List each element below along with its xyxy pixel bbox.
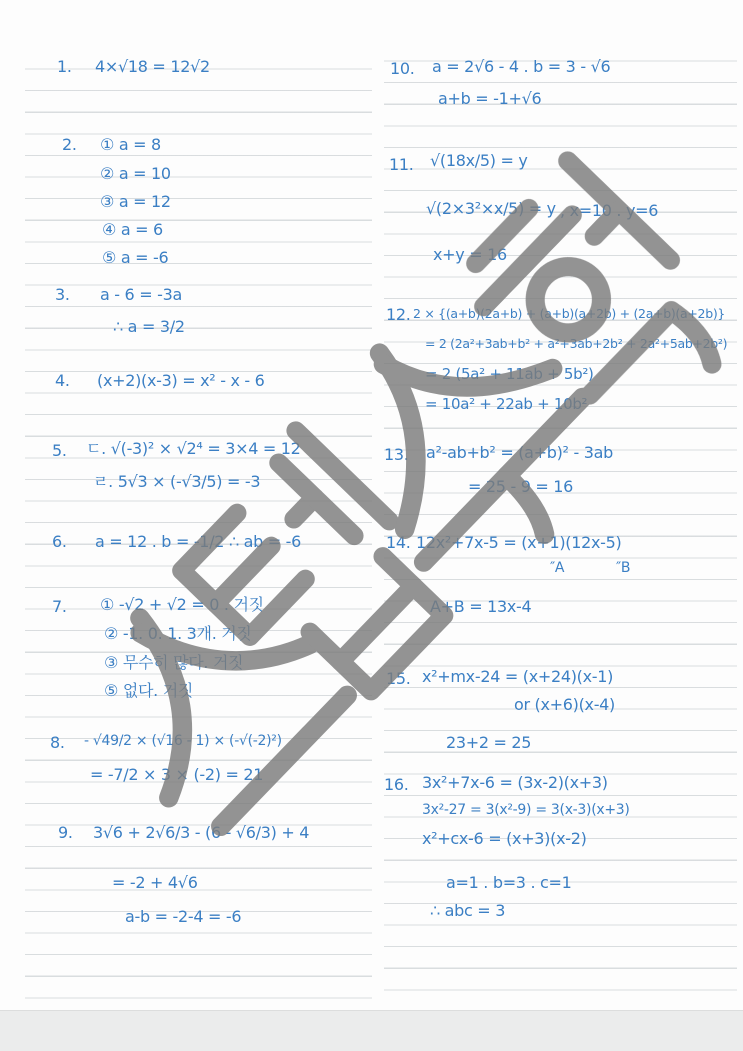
math-line: 3√6 + 2√6/3 - (6 - √6/3) + 4 (93, 824, 309, 842)
math-line: ∴ abc = 3 (430, 902, 505, 920)
problem-number: 1. (57, 58, 72, 76)
math-line: √(18x/5) = y (430, 152, 528, 170)
math-line: 12x²+7x-5 = (x+1)(12x-5) (416, 534, 621, 552)
math-line: A+B = 13x-4 (430, 598, 531, 616)
answer-option: ① a = 8 (100, 136, 161, 154)
answer-option: ① -√2 + √2 = 0 . 거짓 (100, 596, 264, 614)
math-line: a = 2√6 - 4 . b = 3 - √6 (432, 58, 610, 76)
math-line: ∴ a = 3/2 (113, 318, 185, 336)
math-line: 3x²-27 = 3(x²-9) = 3(x-3)(x+3) (422, 802, 630, 818)
math-line: x²+cx-6 = (x+3)(x-2) (422, 830, 587, 848)
math-line: ㄹ. 5√3 × (-√3/5) = -3 (93, 473, 260, 491)
problem-number: 8. (50, 734, 65, 752)
math-line: √(2×3²×x/5) = y (426, 200, 556, 218)
answer-option: ③ a = 12 (100, 193, 171, 211)
math-line: a-b = -2-4 = -6 (125, 908, 241, 926)
math-line: 4×√18 = 12√2 (95, 58, 210, 76)
math-line: = 10a² + 22ab + 10b² (425, 396, 587, 413)
math-line: x+y = 16 (433, 246, 507, 264)
scan-edge-shadow (0, 1010, 743, 1051)
math-line: = 25 - 9 = 16 (468, 478, 573, 496)
ruled-lines-left-column (25, 48, 372, 1010)
problem-number: 4. (55, 372, 70, 390)
math-line: = -2 + 4√6 (112, 874, 198, 892)
problem-number: 2. (62, 136, 77, 154)
math-line: - √49/2 × (√16 - 1) × (-√(-2)²) (84, 733, 282, 749)
problem-number: 5. (52, 442, 67, 460)
math-line: x²+mx-24 = (x+24)(x-1) (422, 668, 613, 686)
problem-number: 7. (52, 598, 67, 616)
problem-number: 10. (390, 60, 415, 78)
problem-number: 13. (384, 446, 409, 464)
scanned-answer-sheet: { "page": { "kind": "handwritten math an… (0, 0, 743, 1051)
math-line: a²-ab+b² = (a+b)² - 3ab (426, 444, 613, 462)
math-line: a+b = -1+√6 (438, 90, 541, 108)
answer-option: ⑤ a = -6 (102, 249, 168, 267)
math-line: or (x+6)(x-4) (514, 696, 615, 714)
problem-number: 12. (386, 306, 411, 324)
problem-number: 11. (389, 156, 414, 174)
math-line: a - 6 = -3a (100, 286, 182, 304)
math-line: ㄷ. √(-3)² × √2⁴ = 3×4 = 12 (86, 440, 301, 458)
math-line: 2 × {(a+b)(2a+b) + (a+b)(a+2b) + (2a+b)(… (413, 307, 725, 321)
problem-number: 15. (386, 670, 411, 688)
ruled-lines-right-column (384, 40, 737, 1010)
problem-number: 16. (384, 776, 409, 794)
math-line: = 2 (2a²+3ab+b² + a²+3ab+2b² + 2a²+5ab+2… (425, 337, 727, 351)
math-line: a = 12 . b = -1/2 ∴ ab = -6 (95, 533, 301, 551)
answer-option: ⑤ 없다. 거짓 (104, 682, 193, 700)
answer-option: ③ 무수히 많다. 거짓 (104, 654, 243, 672)
answer-option: ④ a = 6 (102, 221, 163, 239)
factor-label-b: ″B (616, 560, 630, 576)
answer-option: ② -1. 0. 1. 3개. 거짓 (104, 625, 252, 643)
problem-number: 14. (386, 534, 411, 552)
factor-label-a: ″A (550, 560, 564, 576)
problem-number: 9. (58, 824, 73, 842)
math-line: = -7/2 × 3 × (-2) = 21 (90, 766, 263, 784)
math-line: 23+2 = 25 (446, 734, 531, 752)
problem-number: 3. (55, 286, 70, 304)
problem-number: 6. (52, 533, 67, 551)
math-line: a=1 . b=3 . c=1 (446, 874, 572, 892)
math-line: 3x²+7x-6 = (3x-2)(x+3) (422, 774, 608, 792)
math-line: (x+2)(x-3) = x² - x - 6 (97, 372, 265, 390)
answer-option: ② a = 10 (100, 165, 171, 183)
math-line: = 2 (5a² + 11ab + 5b²) (425, 366, 594, 383)
math-line: , x=10 . y=6 (560, 202, 658, 220)
